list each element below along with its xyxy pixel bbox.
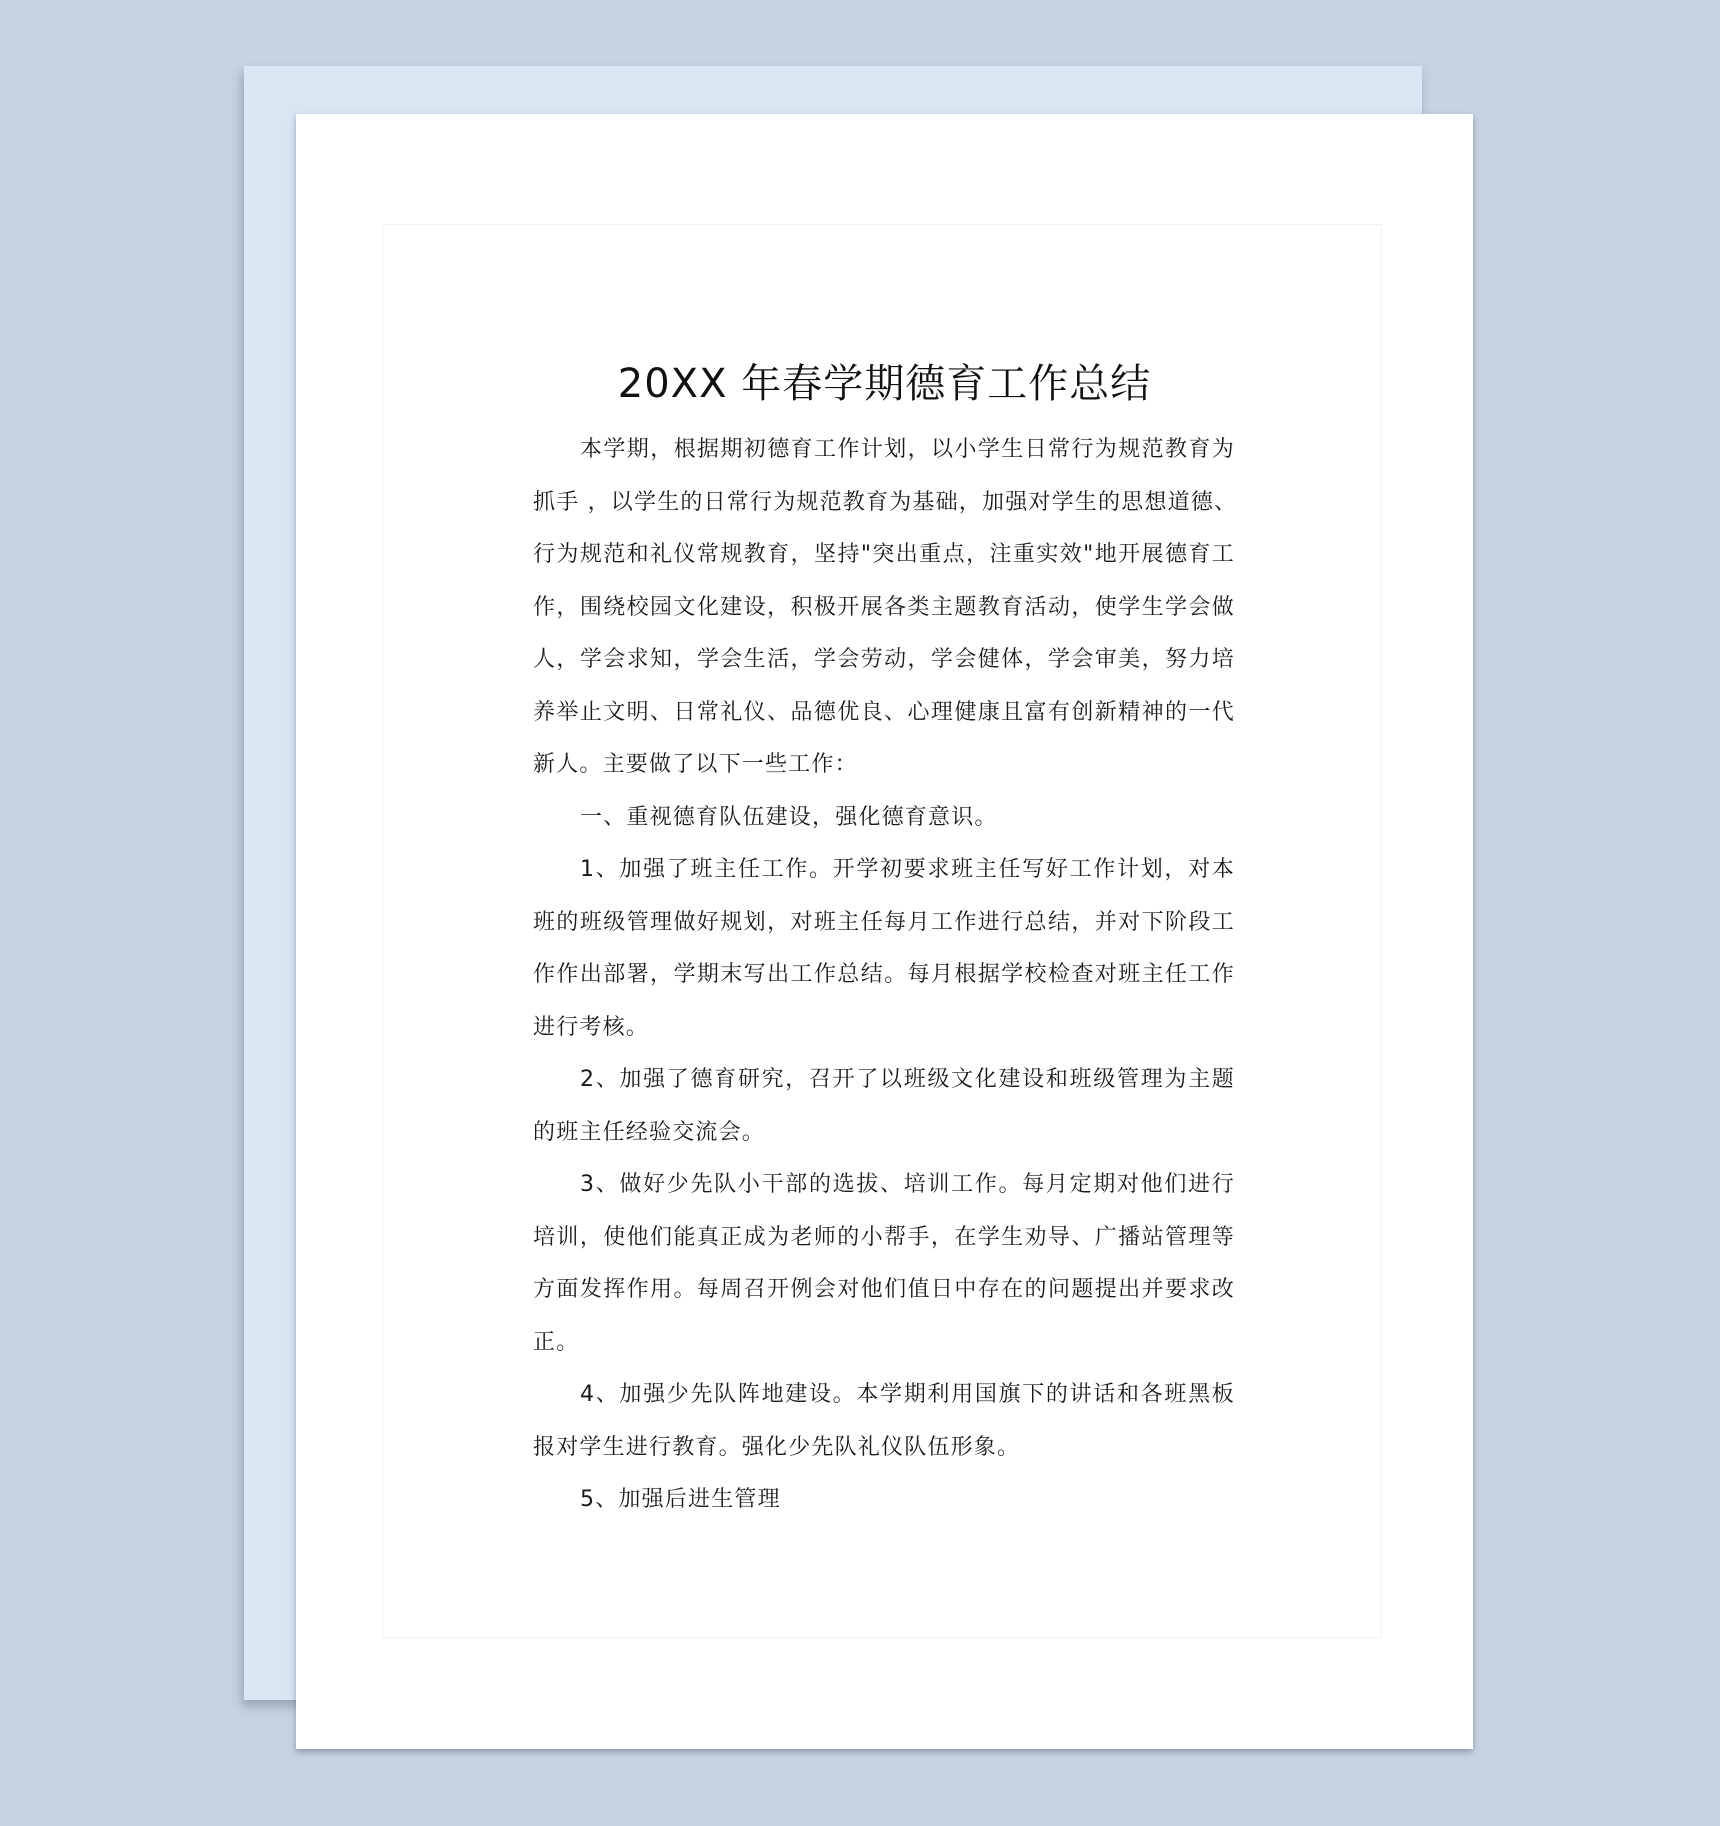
paragraph-line: 进行考核。 xyxy=(533,1002,1235,1055)
paragraph-line: 行为规范和礼仪常规教育，坚持"突出重点，注重实效"地开展德育工 xyxy=(533,529,1235,582)
paragraph-line: 报对学生进行教育。强化少先队礼仪队伍形象。 xyxy=(533,1422,1235,1475)
paragraph-line: 抓手 ，以学生的日常行为规范教育为基础，加强对学生的思想道德、 xyxy=(533,477,1235,530)
document-page: 20XX 年春学期德育工作总结 本学期，根据期初德育工作计划，以小学生日常行为规… xyxy=(296,114,1473,1749)
paragraph-line: 5、加强后进生管理 xyxy=(533,1474,1235,1527)
paragraph-line: 方面发挥作用。每周召开例会对他们值日中存在的问题提出并要求改 xyxy=(533,1264,1235,1317)
paragraph-line: 人，学会求知，学会生活，学会劳动，学会健体，学会审美，努力培 xyxy=(533,634,1235,687)
document-title: 20XX 年春学期德育工作总结 xyxy=(296,358,1473,410)
paragraph-line: 1、加强了班主任工作。开学初要求班主任写好工作计划，对本 xyxy=(533,844,1235,897)
paragraph-line: 2、加强了德育研究，召开了以班级文化建设和班级管理为主题 xyxy=(533,1054,1235,1107)
section-heading: 一、重视德育队伍建设，强化德育意识。 xyxy=(533,792,1235,845)
paragraph-line: 新人。主要做了以下一些工作： xyxy=(533,739,1235,792)
paragraph-line: 3、做好少先队小干部的选拔、培训工作。每月定期对他们进行 xyxy=(533,1159,1235,1212)
paragraph-line: 本学期，根据期初德育工作计划，以小学生日常行为规范教育为 xyxy=(533,424,1235,477)
paragraph-line: 班的班级管理做好规划，对班主任每月工作进行总结，并对下阶段工 xyxy=(533,897,1235,950)
document-body: 本学期，根据期初德育工作计划，以小学生日常行为规范教育为 抓手 ，以学生的日常行… xyxy=(533,424,1235,1527)
paragraph-line: 4、加强少先队阵地建设。本学期利用国旗下的讲话和各班黑板 xyxy=(533,1369,1235,1422)
paragraph-line: 正。 xyxy=(533,1317,1235,1370)
paragraph-line: 的班主任经验交流会。 xyxy=(533,1107,1235,1160)
paragraph-line: 作作出部署，学期末写出工作总结。每月根据学校检查对班主任工作 xyxy=(533,949,1235,1002)
paragraph-line: 养举止文明、日常礼仪、品德优良、心理健康且富有创新精神的一代 xyxy=(533,687,1235,740)
paragraph-line: 作，围绕校园文化建设，积极开展各类主题教育活动，使学生学会做 xyxy=(533,582,1235,635)
paragraph-line: 培训，使他们能真正成为老师的小帮手，在学生劝导、广播站管理等 xyxy=(533,1212,1235,1265)
